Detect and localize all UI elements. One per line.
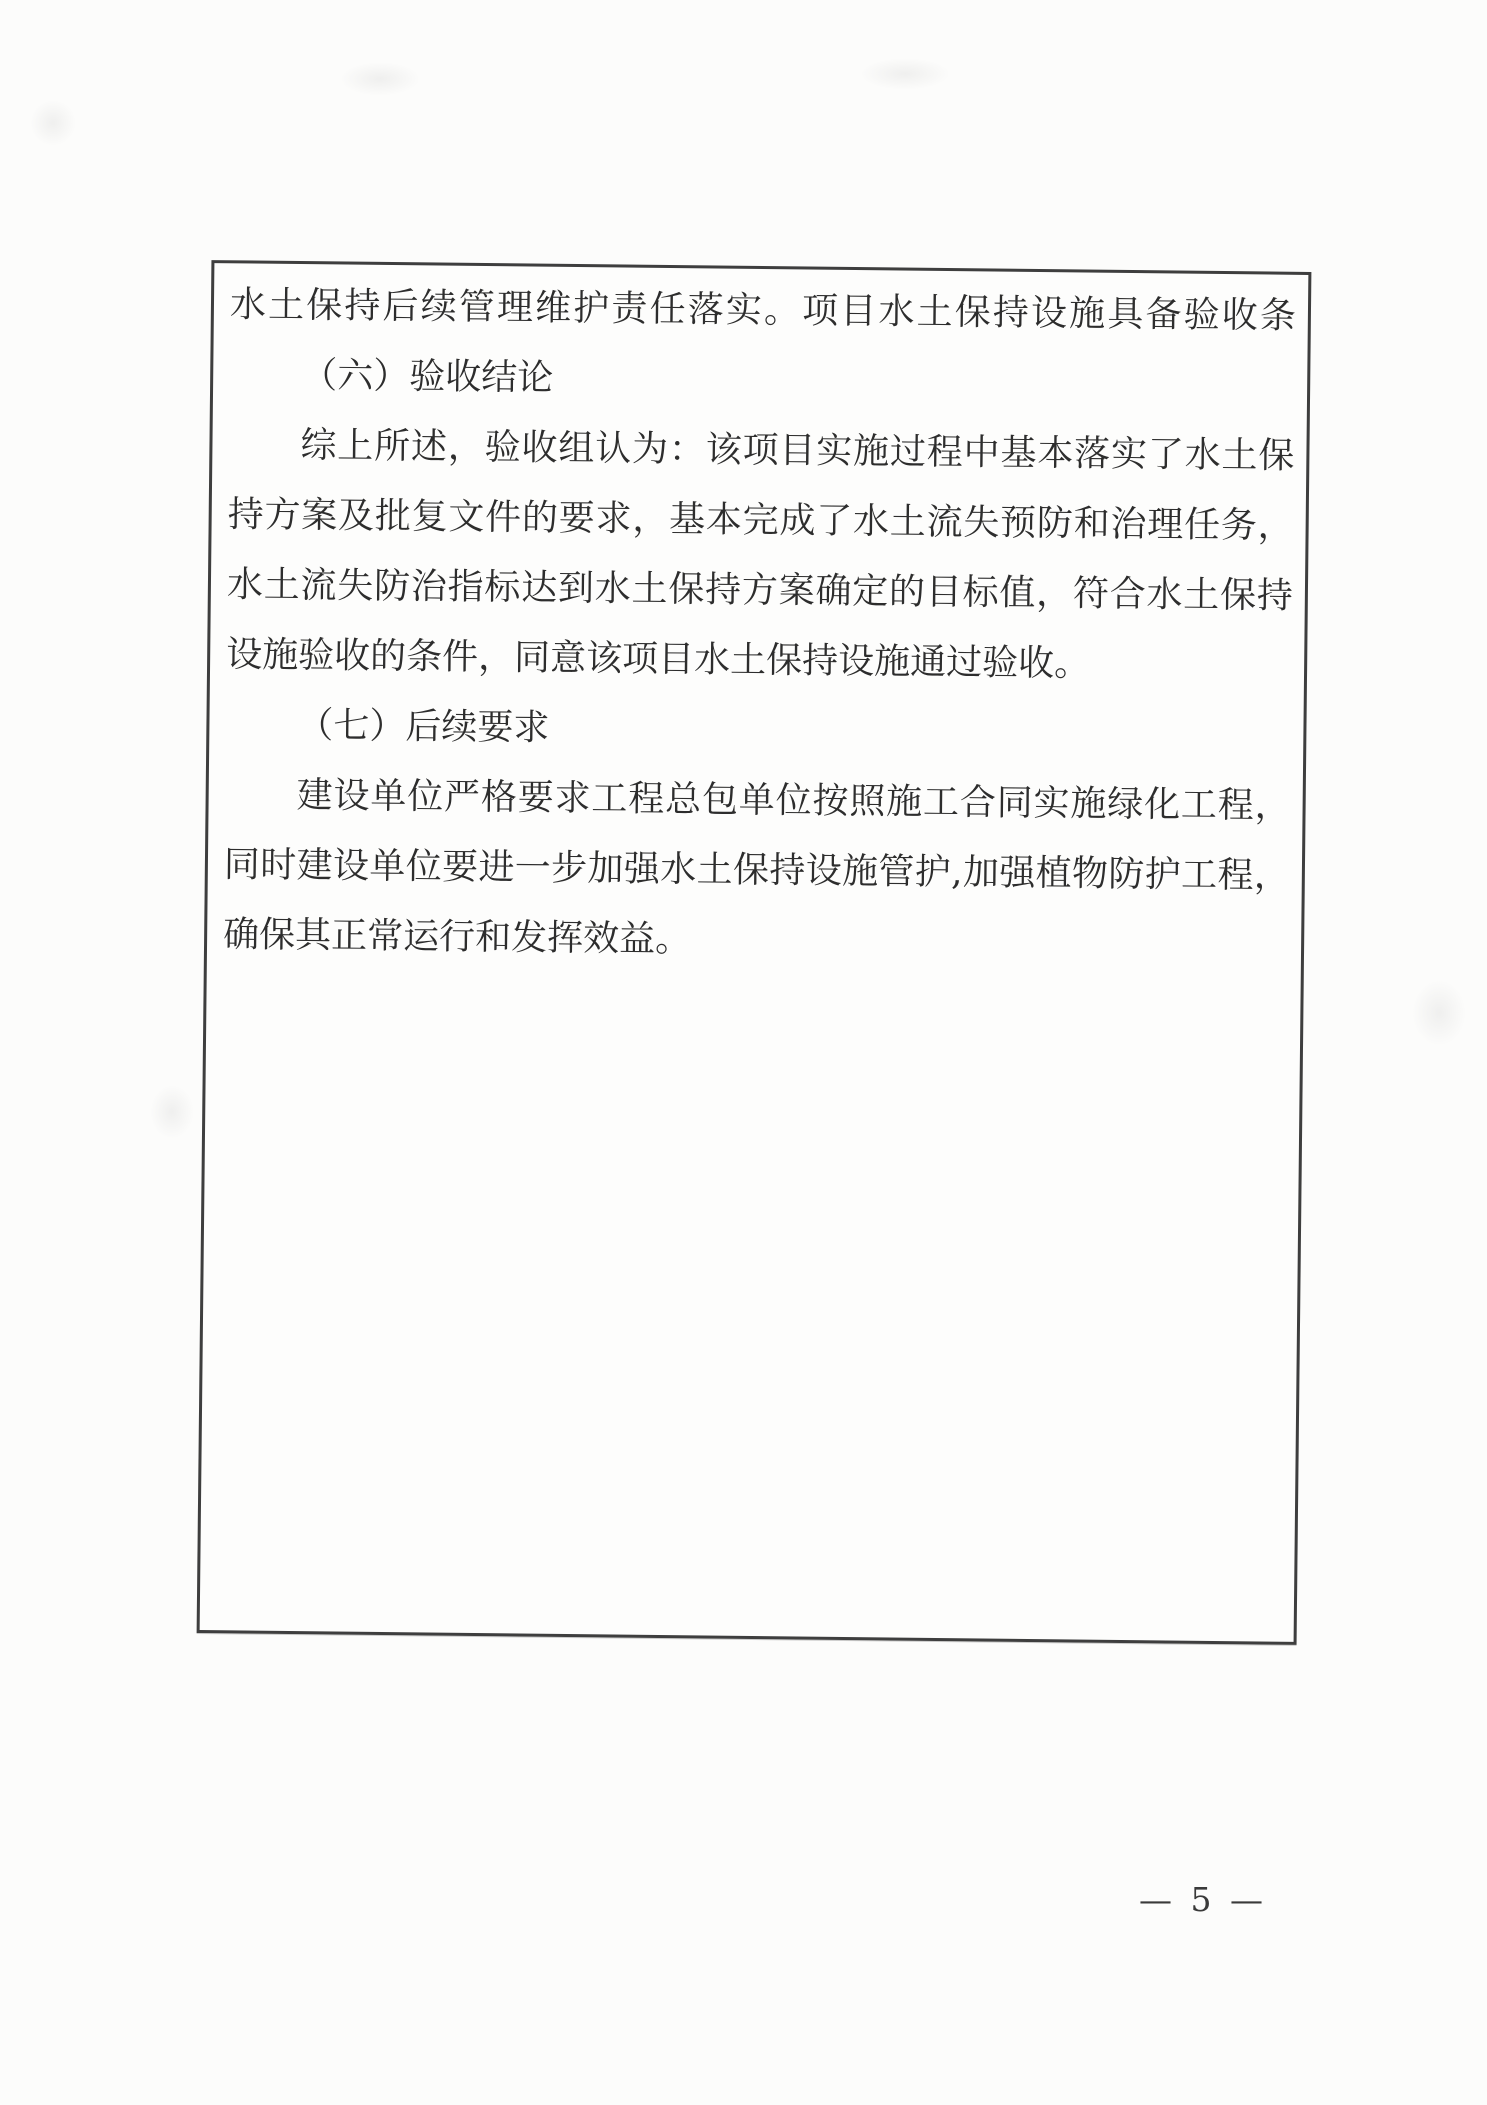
text-line: （六）验收结论 (229, 340, 1296, 422)
text-line: 同时建设单位要进一步加强水土保持设施管护,加强植物防护工程， (224, 830, 1291, 912)
text-line: 确保其正常运行和发挥效益。 (223, 900, 1290, 982)
scan-artifact (150, 1085, 194, 1139)
scan-artifact (1412, 980, 1466, 1046)
text-line: 建设单位严格要求工程总包单位按照施工合同实施绿化工程， (224, 760, 1291, 842)
scanned-page: 水土保持后续管理维护责任落实。项目水土保持设施具备验收条件。（六）验收结论综上所… (0, 0, 1487, 2105)
text-line: 水土保持后续管理维护责任落实。项目水土保持设施具备验收条件。 (230, 270, 1297, 352)
scan-artifact (340, 62, 420, 96)
page-number: — 5 — (1118, 1880, 1288, 1919)
content-frame: 水土保持后续管理维护责任落实。项目水土保持设施具备验收条件。（六）验收结论综上所… (197, 260, 1312, 1645)
scan-artifact (860, 58, 950, 90)
text-line: 水土流失防治指标达到水土保持方案确定的目标值，符合水土保持 (227, 550, 1294, 632)
text-line: 持方案及批复文件的要求，基本完成了水土流失预防和治理任务， (227, 480, 1294, 562)
scan-artifact (30, 100, 76, 146)
text-line: 设施验收的条件，同意该项目水土保持设施通过验收。 (226, 620, 1293, 702)
text-line: （七）后续要求 (225, 690, 1292, 772)
document-text: 水土保持后续管理维护责任落实。项目水土保持设施具备验收条件。（六）验收结论综上所… (223, 270, 1297, 981)
text-line: 综上所述，验收组认为：该项目实施过程中基本落实了水土保 (228, 410, 1295, 492)
